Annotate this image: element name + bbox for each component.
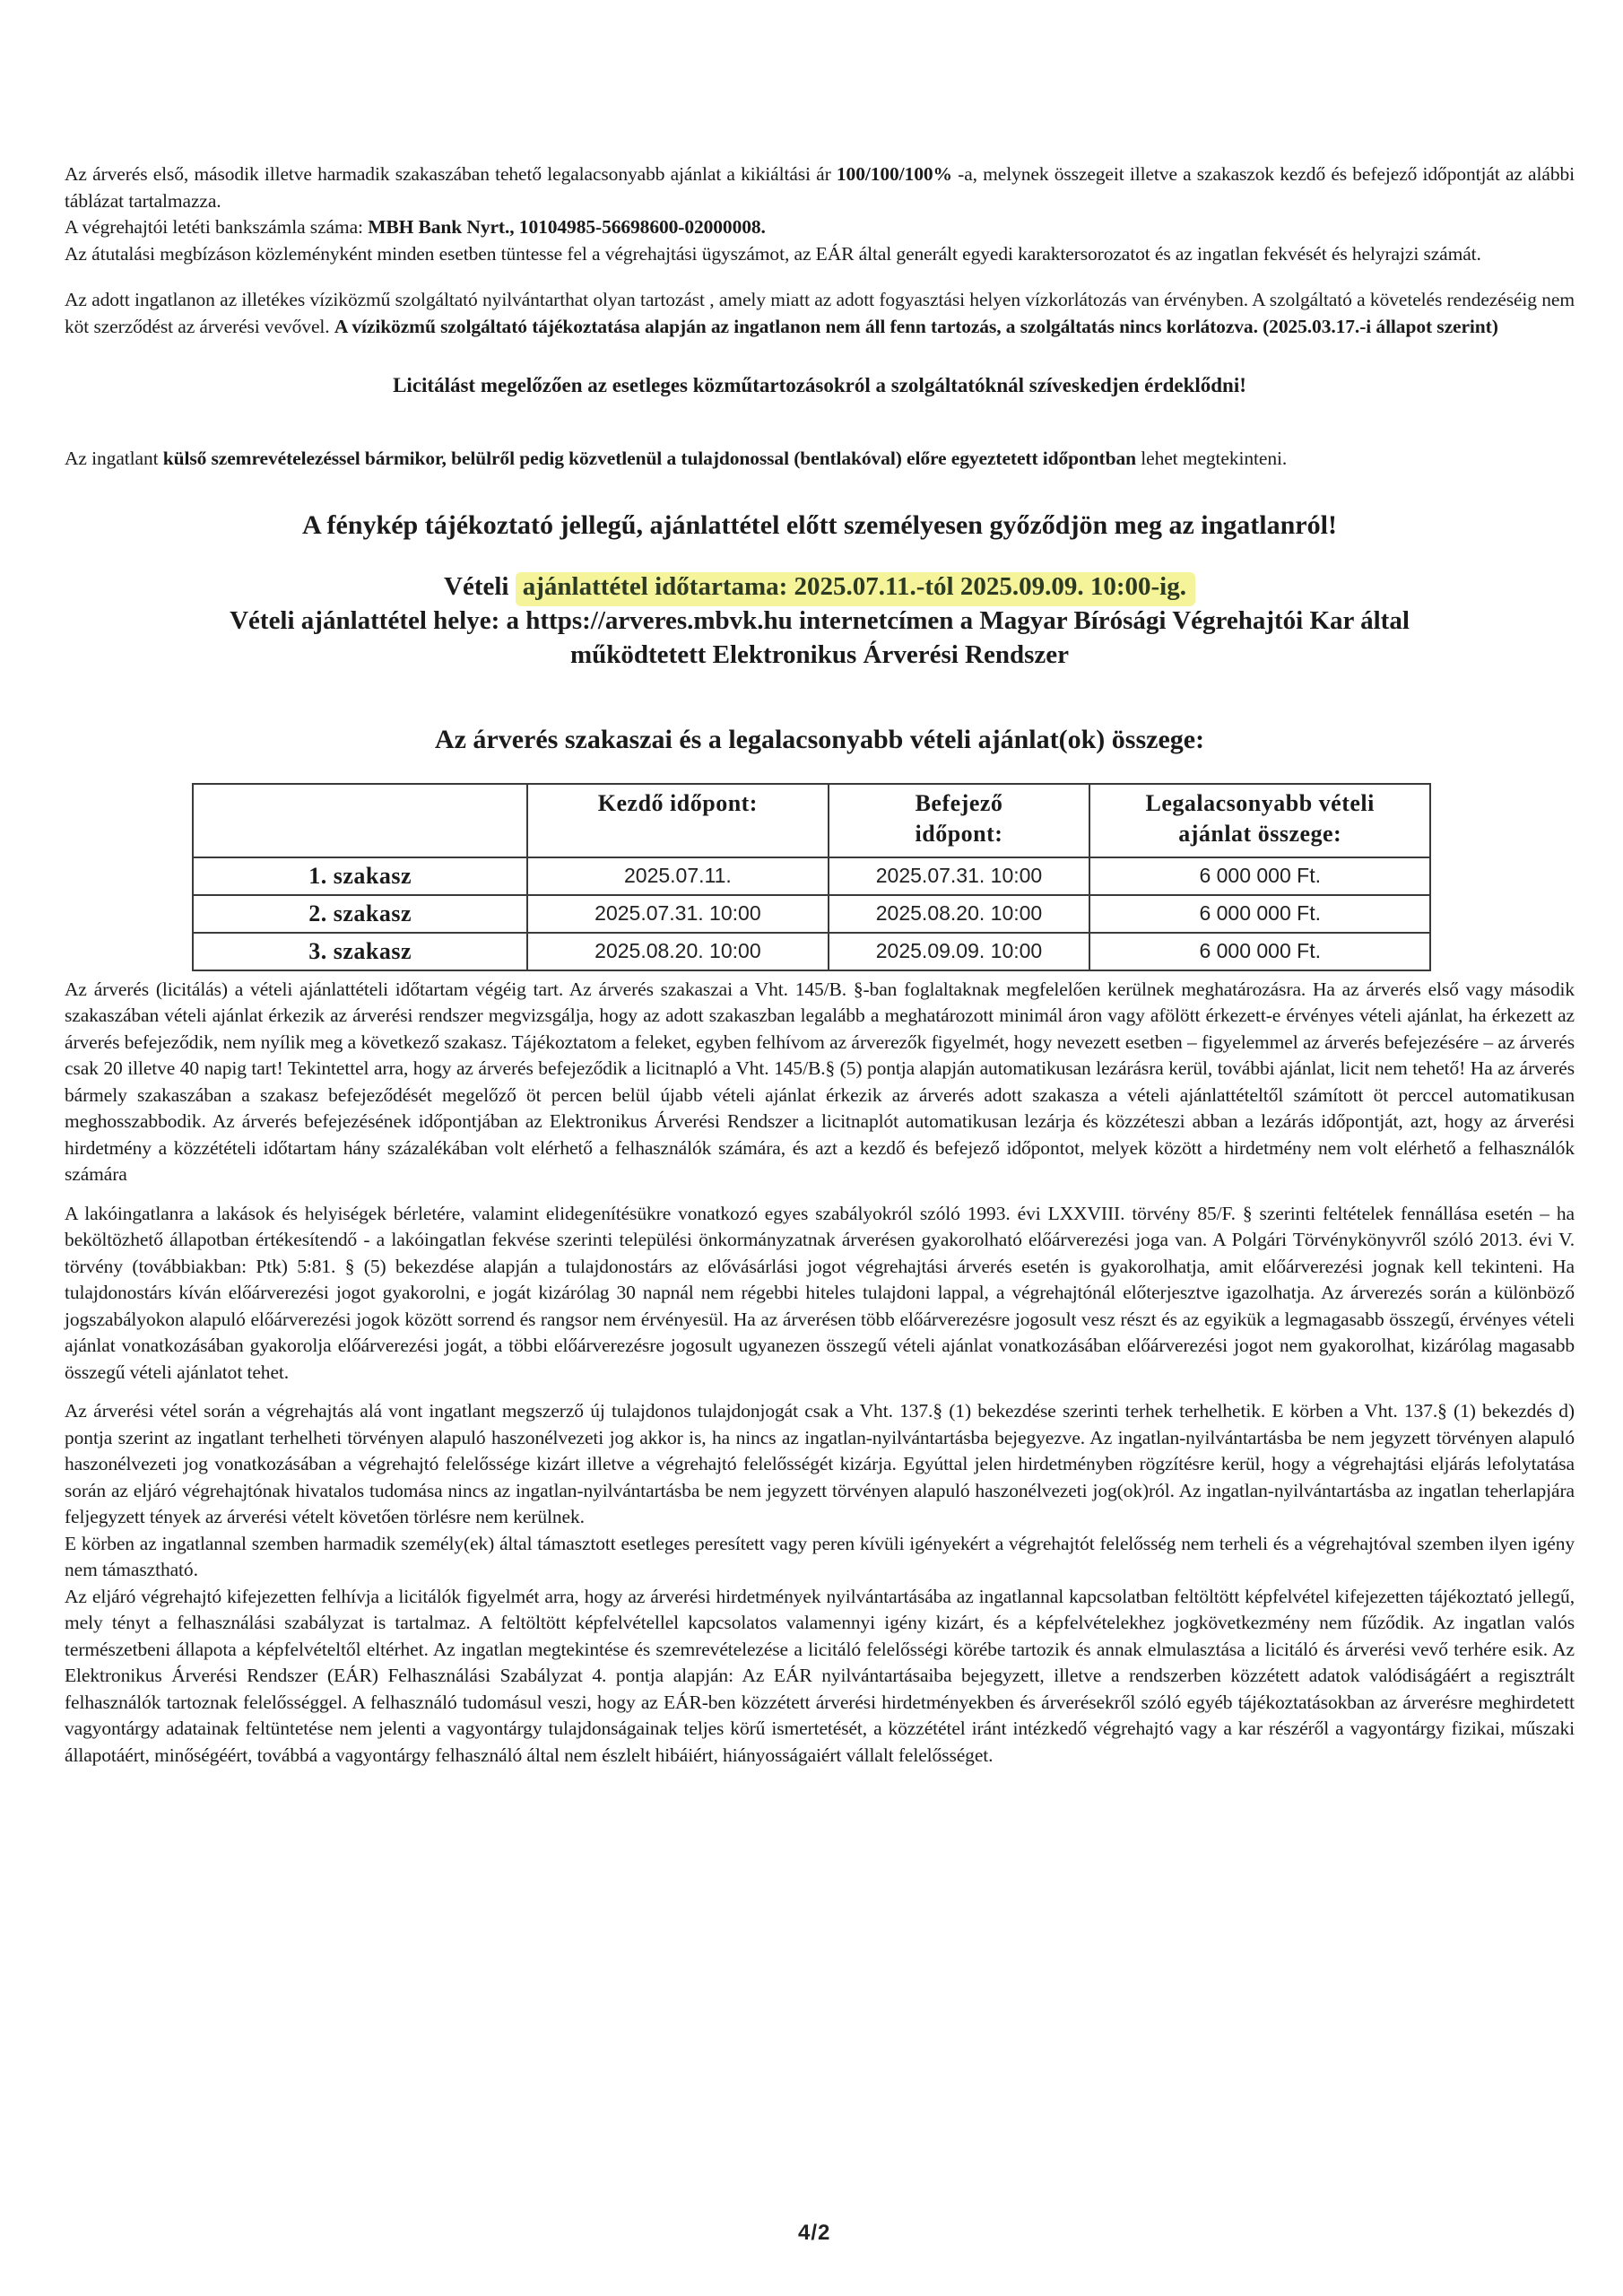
table-row: 3. szakasz 2025.08.20. 10:00 2025.09.09.… [193, 933, 1430, 970]
bank-account-value: MBH Bank Nyrt., 10104985-56698600-020000… [368, 216, 766, 238]
offer-period: Vételi ajánlattétel időtartama: 2025.07.… [65, 570, 1575, 604]
offer-period-label: Vételi [444, 572, 516, 601]
table-row: 2. szakasz 2025.07.31. 10:00 2025.08.20.… [193, 895, 1430, 933]
page-number: 4/2 [798, 2221, 830, 2246]
auction-rules-paragraph: Az árverés (licitálás) a vételi ajánlatt… [65, 977, 1575, 1188]
stage-end: 2025.07.31. 10:00 [829, 857, 1090, 895]
stages-table-title: Az árverés szakaszai és a legalacsonyabb… [65, 722, 1575, 758]
photo-warning: A fénykép tájékoztató jellegű, ajánlatté… [65, 509, 1575, 543]
stages-table: Kezdő időpont: Befejező időpont: Legalac… [192, 783, 1431, 971]
header-min-offer: Legalacsonyabb vételi ajánlat összege: [1089, 784, 1430, 857]
offer-place: Vételi ajánlattétel helye: a https://arv… [65, 604, 1575, 672]
utility-status: A víziközmű szolgáltató tájékoztatása al… [334, 316, 1498, 337]
utility-paragraph: Az adott ingatlanon az illetékes víziköz… [65, 287, 1575, 340]
inspection-text-end: lehet megtekinteni. [1136, 448, 1287, 469]
document-page: Az árverés első, második illetve harmadi… [65, 161, 1575, 1769]
stage-end: 2025.08.20. 10:00 [829, 895, 1090, 933]
stage-start: 2025.07.31. 10:00 [527, 895, 828, 933]
table-row: 1. szakasz 2025.07.11. 2025.07.31. 10:00… [193, 857, 1430, 895]
offer-period-highlight: ajánlattétel időtartama: 2025.07.11.-tól… [516, 572, 1195, 606]
stage-start: 2025.08.20. 10:00 [527, 933, 828, 970]
stage-name: 1. szakasz [193, 857, 527, 895]
stage-min-offer: 6 000 000 Ft. [1089, 933, 1430, 970]
intro-paragraph: Az árverés első, második illetve harmadi… [65, 161, 1575, 214]
offer-percent: 100/100/100% [837, 163, 952, 185]
encumbrance-paragraph: Az árverési vétel során a végrehajtás al… [65, 1398, 1575, 1531]
inspection-terms: külső szemrevételezéssel bármikor, belül… [163, 448, 1136, 469]
inspection-text: Az ingatlant [65, 448, 163, 469]
header-start: Kezdő időpont: [527, 784, 828, 857]
stage-name: 2. szakasz [193, 895, 527, 933]
table-header-row: Kezdő időpont: Befejező időpont: Legalac… [193, 784, 1430, 857]
stage-min-offer: 6 000 000 Ft. [1089, 857, 1430, 895]
inspection-paragraph: Az ingatlant külső szemrevételezéssel bá… [65, 446, 1575, 473]
header-end: Befejező időpont: [829, 784, 1090, 857]
stage-start: 2025.07.11. [527, 857, 828, 895]
stage-min-offer: 6 000 000 Ft. [1089, 895, 1430, 933]
pre-emption-paragraph: A lakóingatlanra a lakások és helyiségek… [65, 1201, 1575, 1387]
utility-notice: Licitálást megelőzően az esetleges közmű… [65, 372, 1575, 399]
third-party-paragraph: E körben az ingatlannal szemben harmadik… [65, 1531, 1575, 1584]
stage-name: 3. szakasz [193, 933, 527, 970]
intro-text: Az árverés első, második illetve harmadi… [65, 163, 837, 185]
transfer-note: Az átutalási megbízáson közleményként mi… [65, 241, 1575, 268]
bank-account-label: A végrehajtói letéti bankszámla száma: [65, 216, 368, 238]
stage-end: 2025.09.09. 10:00 [829, 933, 1090, 970]
bank-account-line: A végrehajtói letéti bankszámla száma: M… [65, 214, 1575, 241]
header-stage [193, 784, 527, 857]
disclaimer-paragraph: Az eljáró végrehajtó kifejezetten felhív… [65, 1584, 1575, 1770]
